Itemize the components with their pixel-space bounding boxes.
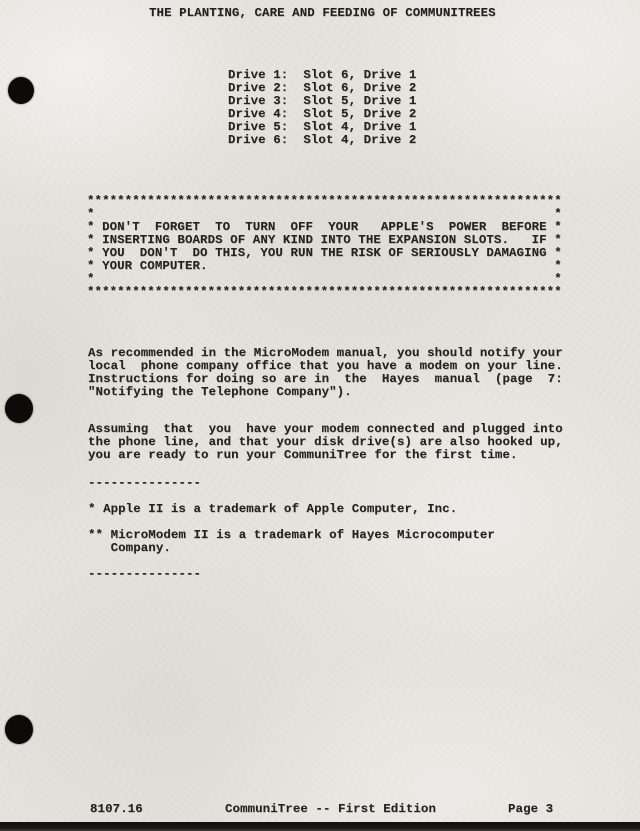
paragraph-notify-phone-company: As recommended in the MicroModem manual,…	[88, 347, 563, 399]
power-warning-box: ****************************************…	[87, 195, 562, 299]
hole-punch-bottom	[5, 715, 33, 744]
footer-page-number: Page 3	[508, 803, 553, 816]
footer-doc-number: 8107.16	[90, 803, 143, 816]
page-title: THE PLANTING, CARE AND FEEDING OF COMMUN…	[149, 7, 496, 20]
drive-assignment-list: Drive 1: Slot 6, Drive 1 Drive 2: Slot 6…	[228, 69, 416, 147]
paragraph-ready-to-run: Assuming that you have your modem connec…	[88, 423, 563, 462]
scanned-manual-page: THE PLANTING, CARE AND FEEDING OF COMMUN…	[0, 0, 640, 831]
hole-punch-top	[8, 77, 34, 104]
scan-edge-bar	[0, 822, 640, 831]
hole-punch-middle	[5, 394, 33, 423]
footer-edition-title: CommuniTree -- First Edition	[225, 803, 436, 816]
trademark-footnotes: --------------- * Apple II is a trademar…	[88, 477, 495, 581]
